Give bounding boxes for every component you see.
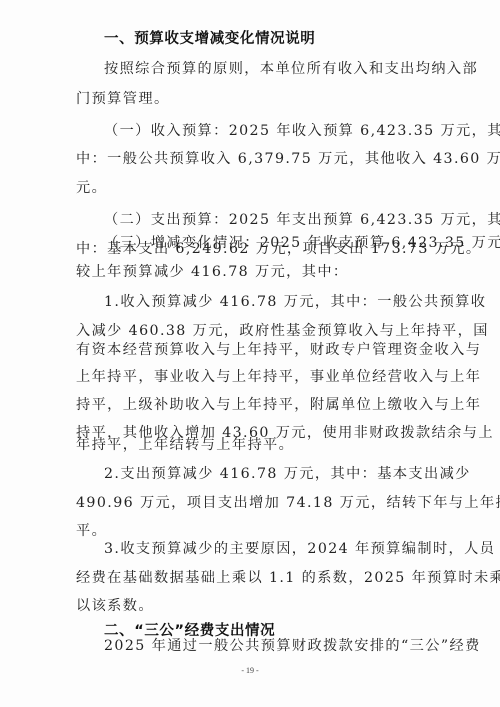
paragraph-line: 平。	[76, 522, 426, 540]
paragraph-line: 3.收支预算减少的主要原因，2024 年预算编制时，人员	[104, 540, 426, 558]
paragraph-line: 入减少 460.38 万元，政府性基金预算收入与上年持平，国	[76, 322, 426, 340]
document-page: 一、预算收支增减变化情况说明 按照综合预算的原则，本单位所有收入和支出均纳入部 …	[0, 0, 500, 707]
page-number: - 19 -	[0, 666, 500, 675]
paragraph-line: 以该系数。	[76, 597, 426, 615]
paragraph-line: 元。	[76, 179, 426, 197]
paragraph-line: （二）支出预算：2025 年支出预算 6,423.35 万元，其	[104, 211, 426, 229]
paragraph-line: 有资本经营预算收入与上年持平，财政专户管理资金收入与	[76, 341, 426, 359]
paragraph-line: 2.支出预算减少 416.78 万元，其中：基本支出减少	[104, 465, 426, 483]
paragraph-line: 490.96 万元，项目支出增加 74.18 万元，结转下年与上年持	[76, 494, 426, 512]
paragraph-line: （一）收入预算：2025 年收入预算 6,423.35 万元，其	[104, 122, 426, 140]
paragraph-line: 门预算管理。	[76, 90, 426, 108]
paragraph-line: 经费在基础数据基础上乘以 1.1 的系数，2025 年预算时未乘	[76, 569, 426, 587]
paragraph-line: （三）增减变化情况：2025 年收支预算 6,423.35 万元，	[104, 234, 426, 252]
paragraph-line: 2025 年通过一般公共预算财政拨款安排的“三公”经费	[104, 637, 426, 655]
paragraph-line: 上年持平，事业收入与上年持平，事业单位经营收入与上年	[76, 368, 426, 386]
paragraph-line: 中：一般公共预算收入 6,379.75 万元，其他收入 43.60 万	[76, 150, 426, 168]
paragraph-line: 按照综合预算的原则，本单位所有收入和支出均纳入部	[104, 60, 426, 78]
section-heading-1: 一、预算收支增减变化情况说明	[104, 30, 426, 48]
paragraph-line: 较上年预算减少 416.78 万元，其中：	[76, 263, 426, 281]
paragraph-line: 1.收入预算减少 416.78 万元，其中：一般公共预算收	[104, 293, 426, 311]
paragraph-line: 年持平，上年结转与上年持平。	[76, 436, 426, 454]
paragraph-line: 持平，上级补助收入与上年持平，附属单位上缴收入与上年	[76, 396, 426, 414]
